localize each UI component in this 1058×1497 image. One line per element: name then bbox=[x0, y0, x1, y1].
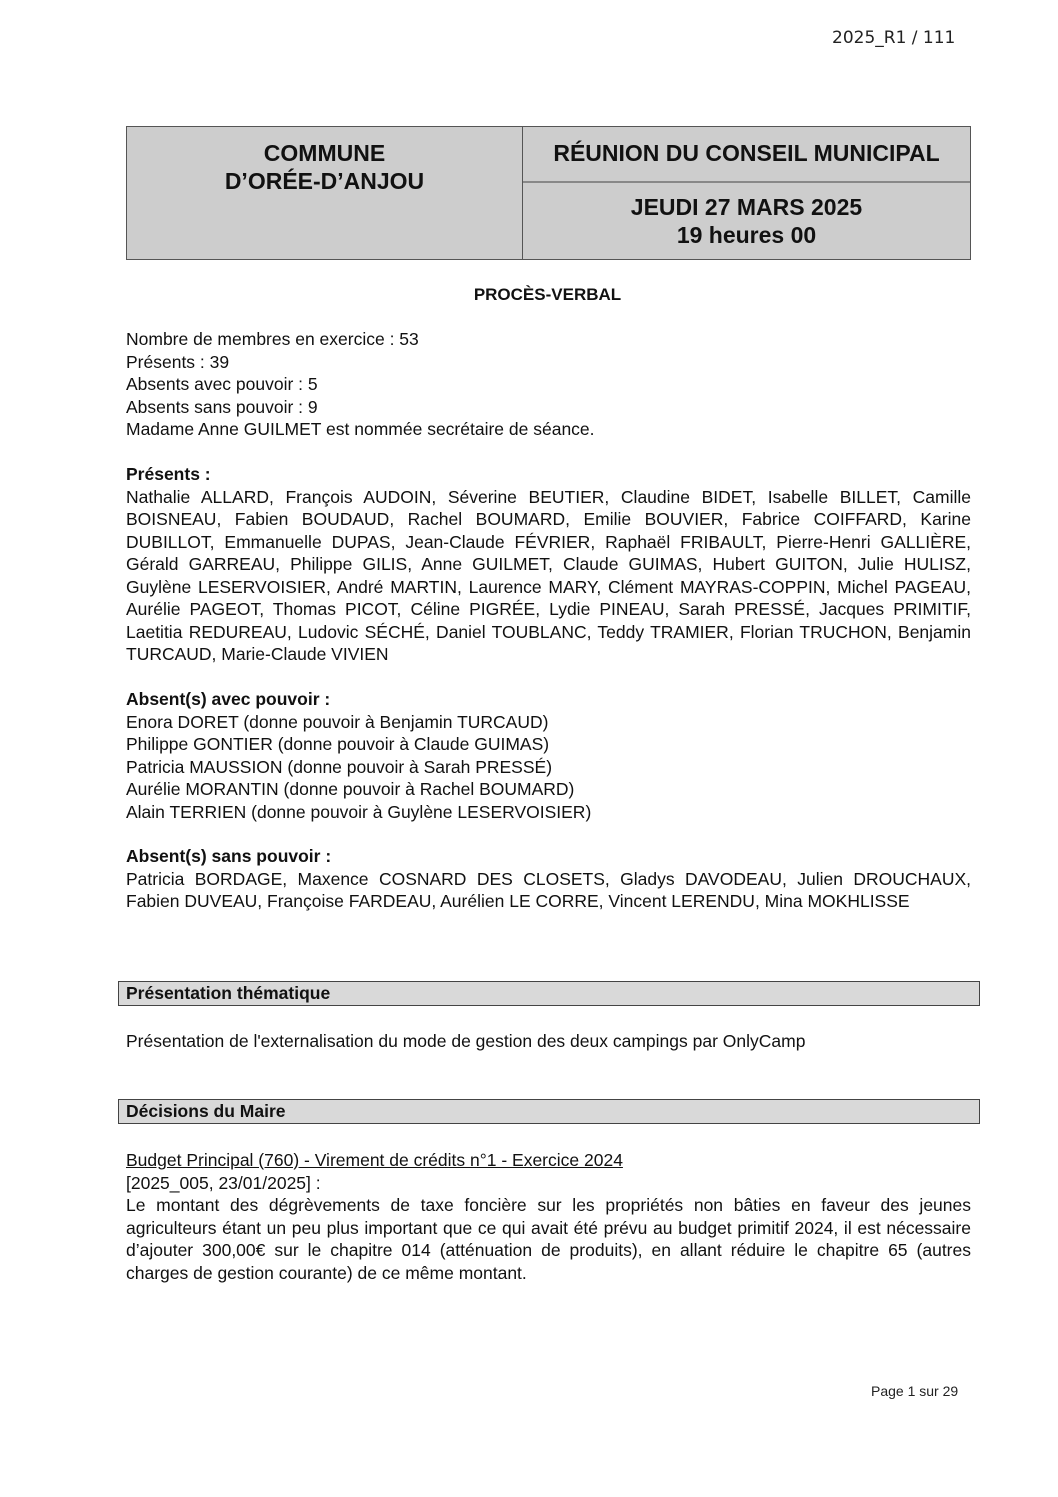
absent-no-proxy-count: Absents sans pouvoir : 9 bbox=[126, 396, 971, 419]
decision-text: Le montant des dégrèvements de taxe fonc… bbox=[126, 1194, 971, 1284]
meeting-title: RÉUNION DU CONSEIL MUNICIPAL bbox=[523, 127, 970, 183]
meeting-time: 19 heures 00 bbox=[523, 221, 970, 249]
decision-reference: [2025_005, 23/01/2025] : bbox=[126, 1172, 971, 1195]
absent-proxy-item: Alain TERRIEN (donne pouvoir à Guylène L… bbox=[126, 801, 971, 824]
members-count: Nombre de membres en exercice : 53 bbox=[126, 328, 971, 351]
present-list: Nathalie ALLARD, François AUDOIN, Séveri… bbox=[126, 486, 971, 666]
absent-proxy-item: Patricia MAUSSION (donne pouvoir à Sarah… bbox=[126, 756, 971, 779]
commune-cell: COMMUNE D’ORÉE-D’ANJOU bbox=[127, 127, 523, 259]
commune-line2: D’ORÉE-D’ANJOU bbox=[127, 167, 522, 195]
mayor-decisions-heading: Décisions du Maire bbox=[118, 1099, 980, 1124]
header-table: COMMUNE D’ORÉE-D’ANJOU RÉUNION DU CONSEI… bbox=[126, 126, 971, 260]
attendance-summary: Nombre de membres en exercice : 53 Prése… bbox=[126, 328, 971, 441]
meeting-datetime: JEUDI 27 MARS 2025 19 heures 00 bbox=[523, 183, 970, 259]
present-section: Présents : Nathalie ALLARD, François AUD… bbox=[126, 463, 971, 666]
thematic-text: Présentation de l'externalisation du mod… bbox=[126, 1030, 971, 1053]
secretary-line: Madame Anne GUILMET est nommée secrétair… bbox=[126, 418, 971, 441]
absent-no-proxy-list: Patricia BORDAGE, Maxence COSNARD DES CL… bbox=[126, 868, 971, 913]
absent-proxy-section: Absent(s) avec pouvoir : Enora DORET (do… bbox=[126, 688, 971, 823]
absent-proxy-heading: Absent(s) avec pouvoir : bbox=[126, 688, 971, 711]
meeting-date: JEUDI 27 MARS 2025 bbox=[523, 193, 970, 221]
meeting-cell: RÉUNION DU CONSEIL MUNICIPAL JEUDI 27 MA… bbox=[523, 127, 970, 259]
decision-item: Budget Principal (760) - Virement de cré… bbox=[126, 1149, 971, 1284]
absent-no-proxy-section: Absent(s) sans pouvoir : Patricia BORDAG… bbox=[126, 845, 971, 913]
absent-proxy-item: Aurélie MORANTIN (donne pouvoir à Rachel… bbox=[126, 778, 971, 801]
absent-no-proxy-heading: Absent(s) sans pouvoir : bbox=[126, 845, 971, 868]
decision-title: Budget Principal (760) - Virement de cré… bbox=[126, 1149, 971, 1172]
absent-proxy-item: Enora DORET (donne pouvoir à Benjamin TU… bbox=[126, 711, 971, 734]
page-number: Page 1 sur 29 bbox=[871, 1383, 958, 1399]
absent-proxy-count: Absents avec pouvoir : 5 bbox=[126, 373, 971, 396]
document-reference: 2025_R1 / 111 bbox=[832, 28, 955, 48]
thematic-heading: Présentation thématique bbox=[118, 981, 980, 1006]
present-heading: Présents : bbox=[126, 463, 971, 486]
present-count: Présents : 39 bbox=[126, 351, 971, 374]
page-title: PROCÈS-VERBAL bbox=[0, 285, 1058, 305]
absent-proxy-item: Philippe GONTIER (donne pouvoir à Claude… bbox=[126, 733, 971, 756]
commune-line1: COMMUNE bbox=[127, 139, 522, 167]
